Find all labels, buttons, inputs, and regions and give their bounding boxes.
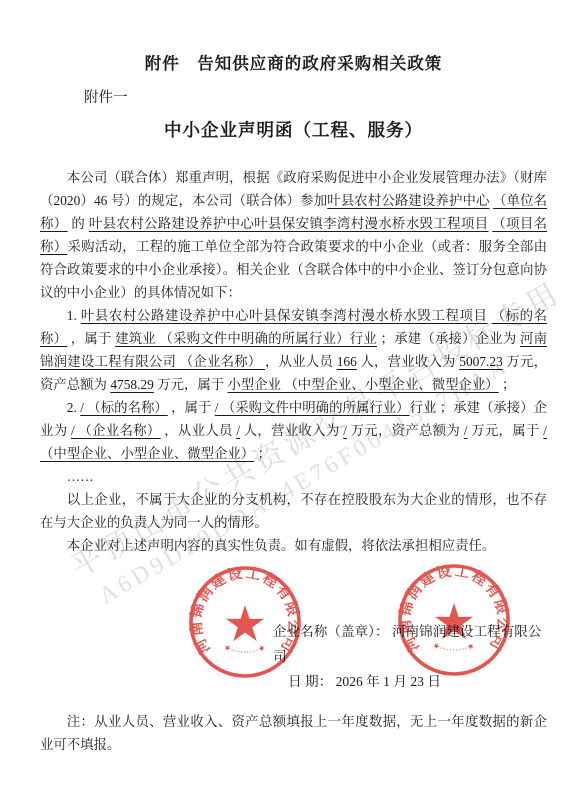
stamp-bottom-marks: ★·········★ (432, 641, 477, 654)
attachment-number: 附件一 (84, 86, 547, 107)
paragraph: …… (40, 465, 547, 488)
stamp-star-icon (226, 605, 264, 641)
paragraph: 本公司（联合体）郑重声明，根据《政府采购促进中小企业发展管理办法》（财库（202… (40, 166, 547, 304)
attachment-title: 附件 告知供应商的政府采购相关政策 (40, 50, 547, 74)
svg-text:★·········★: ★·········★ (223, 643, 268, 656)
paragraph: 以上企业，不属于大企业的分支机构，不存在控股股东为大企业的情形，也不存在与大企业… (40, 488, 547, 534)
paragraph: 2. / （标的名称） ，属于 / （采购文件中明确的所属行业）行业 ；承建（承… (40, 396, 547, 465)
stamp-star-icon (435, 603, 473, 639)
company-stamp-right: 河南锦润建设工程有限公司 ★·········★ (394, 560, 514, 680)
document-body: 本公司（联合体）郑重声明，根据《政府采购促进中小企业发展管理办法》（财库（202… (40, 166, 547, 557)
company-stamp-left: 河南锦润建设工程有限公司 ★·········★ (185, 562, 305, 682)
paragraph: 本企业对上述声明内容的真实性负责。如有虚假，将依法承担相应责任。 (40, 534, 547, 557)
paragraph: 1. 叶县农村公路建设养护中心叶县保安镇李湾村漫水桥水毁工程项目 （标的名称） … (40, 304, 547, 396)
svg-text:★·········★: ★·········★ (432, 641, 477, 654)
document-page: 平顶山市公共资源交易平台投标专用 A6D9DF9DDA94E76F0041547… (0, 0, 587, 791)
footnote: 注：从业人员、营业收入、资产总额填报上一年度数据，无上一年度数据的新企业可不填报… (40, 710, 547, 756)
document-title: 中小企业声明函（工程、服务） (40, 117, 547, 142)
stamp-bottom-marks: ★·········★ (223, 643, 268, 656)
